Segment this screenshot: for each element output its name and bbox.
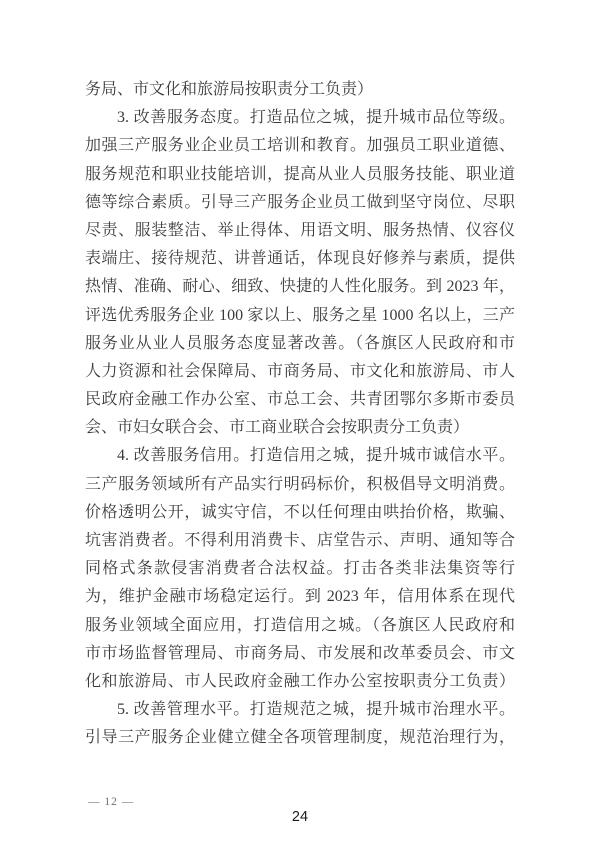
page-number: 24: [0, 809, 600, 826]
text-line: 5. 改善管理水平。打造规范之城，提升城市治理水平。: [85, 696, 515, 724]
text-line: 引导三产服务企业健立健全各项管理制度，规范治理行为，: [85, 724, 515, 752]
text-line: 服务业领域全面应用，打造信用之城。（各旗区人民政府和: [85, 612, 515, 640]
text-line: 为，维护金融市场稳定运行。到 2023 年，信用体系在现代: [85, 583, 515, 611]
text-line: 同格式条款侵害消费者合法权益。打击各类非法集资等行: [85, 555, 515, 583]
text-line: 务局、市文化和旅游局按职责分工负责）: [85, 76, 515, 104]
text-line: 加强三产服务业企业员工培训和教育。加强员工职业道德、: [85, 132, 515, 160]
text-line: 会、市妇女联合会、市工商业联合会按职责分工负责）: [85, 414, 515, 442]
text-line: 服务业从业人员服务态度显著改善。（各旗区人民政府和市: [85, 330, 515, 358]
text-line: 市市场监督管理局、市商务局、市发展和改革委员会、市文: [85, 640, 515, 668]
text-line: 尽责、服装整洁、举止得体、用语文明、服务热情、仪容仪: [85, 217, 515, 245]
document-page: 务局、市文化和旅游局按职责分工负责）3. 改善服务态度。打造品位之城，提升城市品…: [0, 0, 600, 848]
text-line: 三产服务领域所有产品实行明码标价，积极倡导文明消费。: [85, 471, 515, 499]
text-line: 服务规范和职业技能培训，提高从业人员服务技能、职业道: [85, 161, 515, 189]
text-line: 4. 改善服务信用。打造信用之城，提升城市诚信水平。: [85, 442, 515, 470]
text-line: 人力资源和社会保障局、市商务局、市文化和旅游局、市人: [85, 358, 515, 386]
text-line: 评选优秀服务企业 100 家以上、服务之星 1000 名以上，三产: [85, 302, 515, 330]
text-line: 坑害消费者。不得利用消费卡、店堂告示、声明、通知等合: [85, 527, 515, 555]
text-line: 德等综合素质。引导三产服务企业员工做到坚守岗位、尽职: [85, 189, 515, 217]
document-lines: 务局、市文化和旅游局按职责分工负责）3. 改善服务态度。打造品位之城，提升城市品…: [85, 76, 515, 753]
text-line: 化和旅游局、市人民政府金融工作办公室按职责分工负责）: [85, 668, 515, 696]
text-line: 民政府金融工作办公室、市总工会、共青团鄂尔多斯市委员: [85, 386, 515, 414]
text-line: 表端庄、接待规范、讲普通话，体现良好修养与素质，提供: [85, 245, 515, 273]
page-footer-left: — 12 —: [88, 795, 134, 809]
text-line: 热情、准确、耐心、细致、快捷的人性化服务。到 2023 年，: [85, 273, 515, 301]
text-line: 3. 改善服务态度。打造品位之城，提升城市品位等级。: [85, 104, 515, 132]
text-line: 价格透明公开，诚实守信，不以任何理由哄抬价格，欺骗、: [85, 499, 515, 527]
